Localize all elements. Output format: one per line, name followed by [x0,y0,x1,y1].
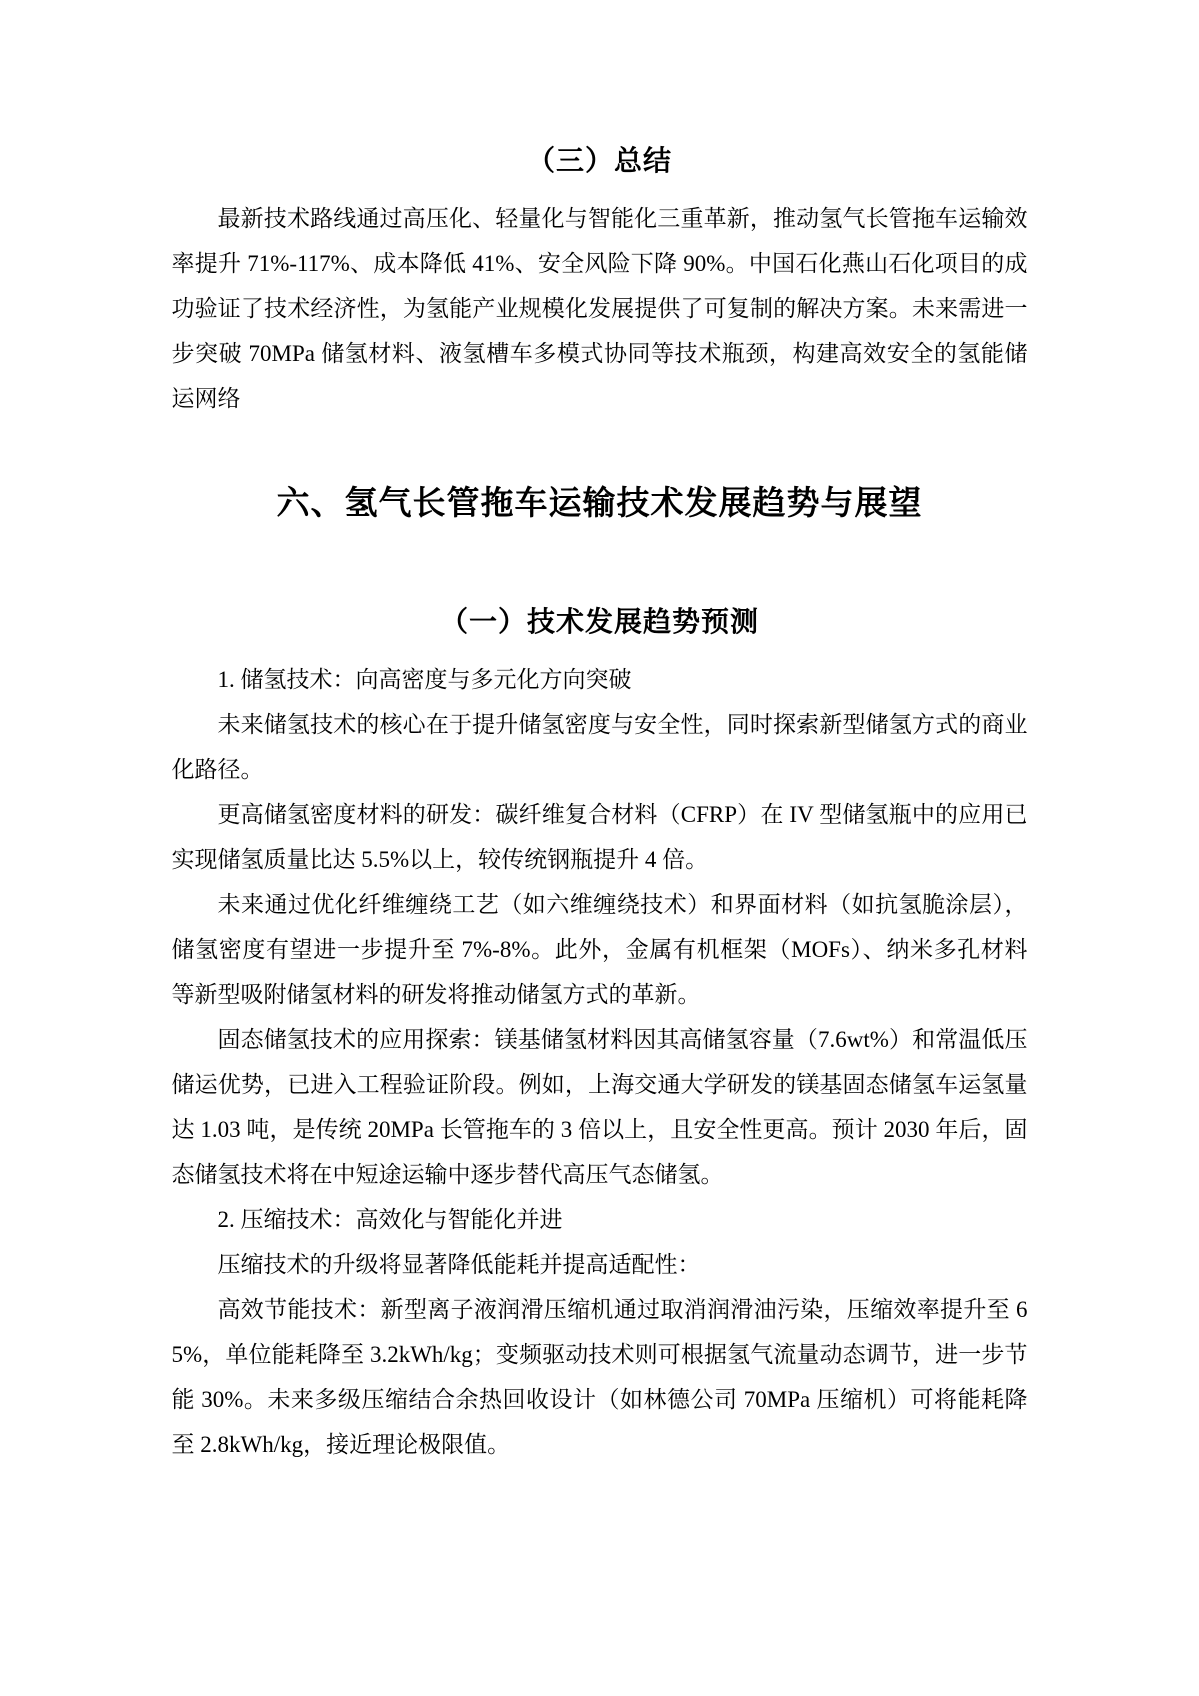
chapter-heading: 六、氢气长管拖车运输技术发展趋势与展望 [172,482,1028,524]
body-paragraph: 固态储氢技术的应用探索：镁基储氢材料因其高储氢容量（7.6wt%）和常温低压储运… [172,1017,1028,1197]
body-paragraph: 未来储氢技术的核心在于提升储氢密度与安全性，同时探索新型储氢方式的商业化路径。 [172,702,1028,792]
body-paragraph: 更高储氢密度材料的研发：碳纤维复合材料（CFRP）在 IV 型储氢瓶中的应用已实… [172,792,1028,882]
body-paragraph: 压缩技术的升级将显著降低能耗并提高适配性： [172,1242,1028,1287]
summary-section-heading: （三）总结 [172,142,1028,179]
document-content: （三）总结 最新技术路线通过高压化、轻量化与智能化三重革新，推动氢气长管拖车运输… [172,142,1028,1467]
numbered-item-heading: 2. 压缩技术：高效化与智能化并进 [172,1197,1028,1242]
document-page: （三）总结 最新技术路线通过高压化、轻量化与智能化三重革新，推动氢气长管拖车运输… [0,0,1199,1696]
subsection-body: 1. 储氢技术：向高密度与多元化方向突破 未来储氢技术的核心在于提升储氢密度与安… [172,657,1028,1467]
body-paragraph: 未来通过优化纤维缠绕工艺（如六维缠绕技术）和界面材料（如抗氢脆涂层），储氢密度有… [172,882,1028,1017]
numbered-item-heading: 1. 储氢技术：向高密度与多元化方向突破 [172,657,1028,702]
body-paragraph: 高效节能技术：新型离子液润滑压缩机通过取消润滑油污染，压缩效率提升至 65%，单… [172,1287,1028,1467]
subsection-heading: （一）技术发展趋势预测 [172,603,1028,640]
summary-paragraph: 最新技术路线通过高压化、轻量化与智能化三重革新，推动氢气长管拖车运输效率提升 7… [172,196,1028,421]
